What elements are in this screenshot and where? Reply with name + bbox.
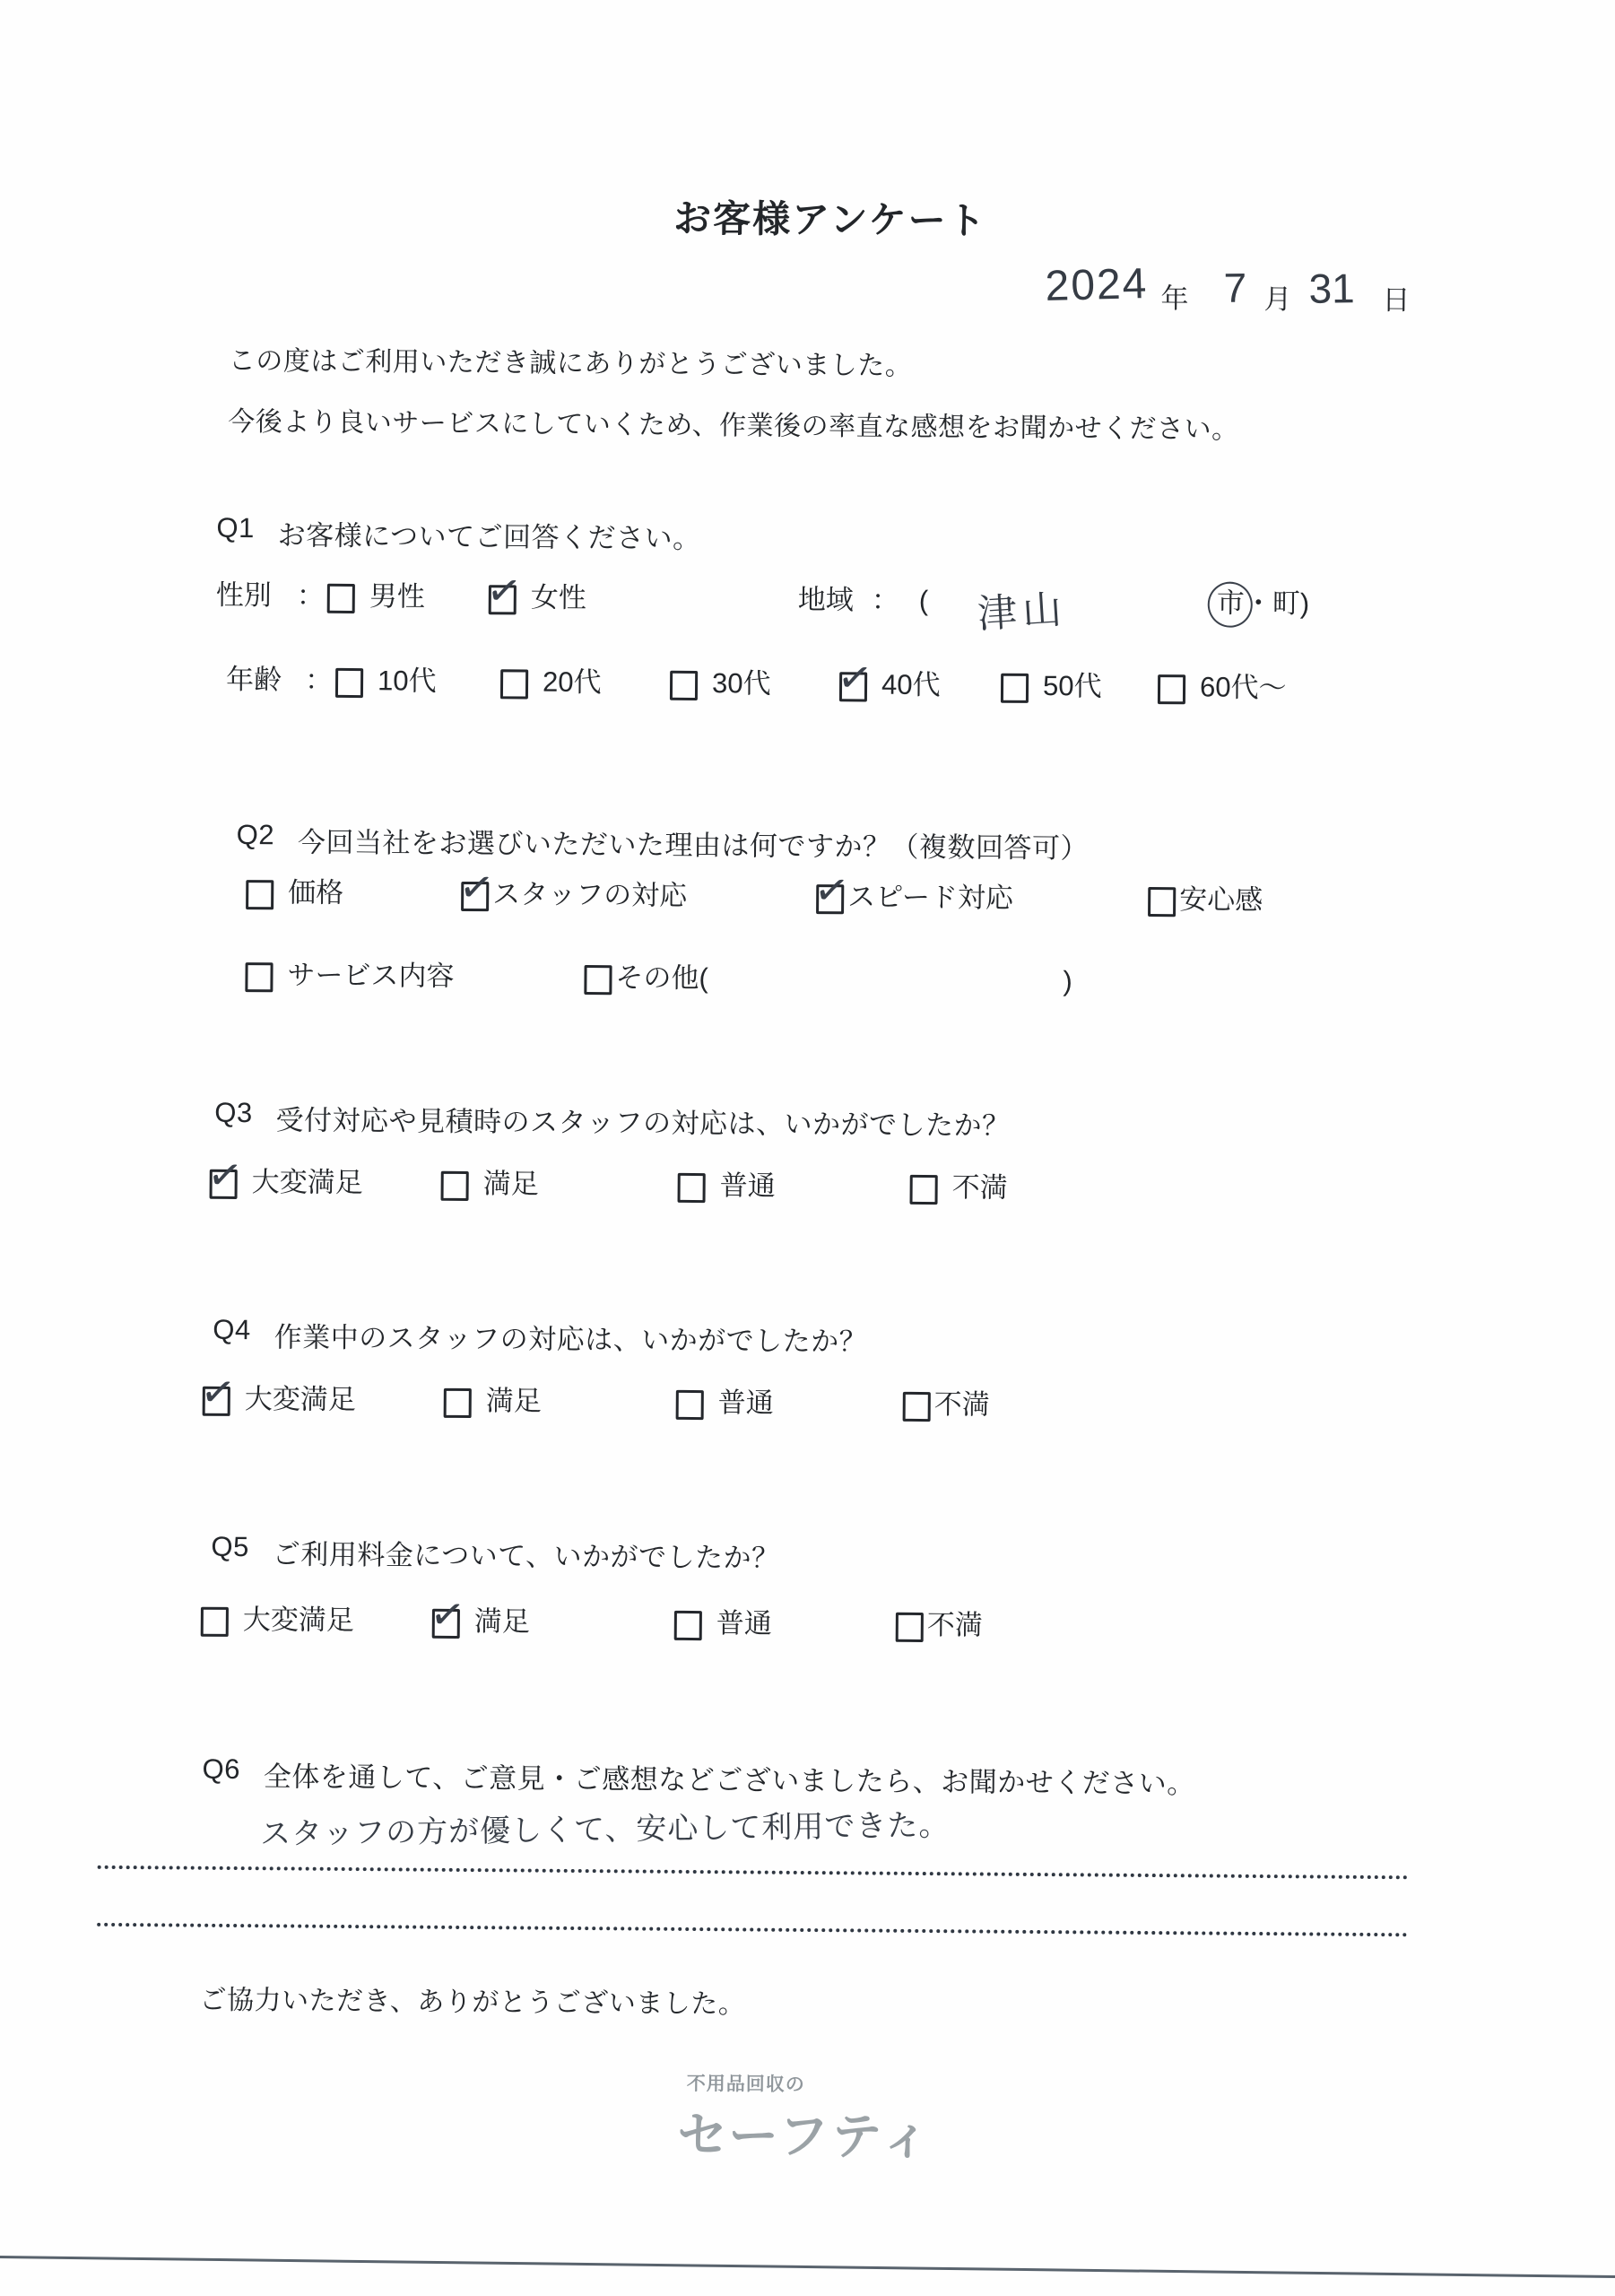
checkbox-q4-satisfied (444, 1388, 472, 1418)
q6-label: Q6 (202, 1753, 240, 1794)
q5-option-dissatisfied: 不満 (896, 1610, 983, 1643)
q3-question-row: Q3 受付対応や見積時のスタッフの対応は、いかがでしたか？ (214, 1097, 1011, 1144)
date-month-unit: 月 (1263, 276, 1291, 317)
q3-option-satisfied: 満足 (441, 1169, 539, 1202)
checkbox-price (246, 880, 274, 909)
q2-question-row: Q2 今回当社をお選びいただいた理由は何ですか？（複数回答可） (237, 819, 1090, 865)
region-colon: ： (872, 586, 899, 616)
checkbox-q4-very-satisfied (203, 1387, 230, 1416)
q4-option-satisfied: 満足 (444, 1386, 542, 1419)
age-option-50s: 50代 (1001, 671, 1102, 704)
q5-option-very-satisfied: 大変満足 (201, 1605, 354, 1638)
q5-label: Q5 (211, 1531, 249, 1571)
logo-name: セーフティ (677, 2096, 933, 2170)
q3-option-dissatisfied: 不満 (910, 1172, 1008, 1205)
checkbox-10s (335, 668, 363, 698)
scanned-survey-sheet: お客様アンケート 2024 年 7 月 31 日 この度はご利用いただき誠にあり… (0, 0, 1615, 2296)
age-option-60s: 60代〜 (1158, 672, 1287, 705)
q3-options-row: 大変満足 満足 普通 不満 (0, 1165, 1615, 1219)
date-year-unit: 年 (1160, 275, 1188, 316)
date-month-handwritten: 7 (1223, 264, 1246, 312)
region-value-handwritten: 津山 (976, 577, 1069, 639)
age-option-10s: 10代 (335, 665, 437, 699)
checkbox-30s (670, 671, 698, 700)
checkbox-q4-dissatisfied (903, 1392, 931, 1422)
q6-question-row: Q6 全体を通して、ご意見・ご感想などございましたら、お聞かせください。 (202, 1753, 1195, 1802)
company-logo: 不用品回収の セーフティ (677, 2069, 933, 2170)
checkbox-q3-dissatisfied (910, 1175, 938, 1205)
q4-question: 作業中のスタッフの対応は、いかがでしたか？ (274, 1314, 868, 1359)
intro-line-1: この度はご利用いただき誠にありがとうございました。 (229, 338, 913, 383)
q2-option-service-content: サービス内容 (245, 960, 454, 994)
age-field-label: 年齢 ： (226, 665, 333, 696)
q5-question: ご利用料金について、いかがでしたか？ (273, 1531, 780, 1575)
q5-options-row: 大変満足 満足 普通 不満 (0, 1603, 1611, 1657)
date-year-handwritten: 2024 (1045, 259, 1149, 311)
q2-other-close-paren: ) (1063, 966, 1072, 996)
q2-question: 今回当社をお選びいただいた理由は何ですか？（複数回答可） (298, 820, 1089, 866)
date-line: 2024 年 7 月 31 日 (6, 252, 1615, 322)
q3-option-very-satisfied: 大変満足 (210, 1167, 363, 1200)
q1-age-row: 年齢 ： 10代 20代 30代 40代 50代 (4, 663, 1615, 717)
q4-option-dissatisfied: 不満 (903, 1389, 990, 1422)
q2-options-row1: 価格 スタッフの対応 スピード対応 安心感 (2, 875, 1615, 929)
q2-option-price: 価格 (246, 877, 343, 910)
checkbox-q5-very-satisfied (201, 1607, 229, 1637)
region-town: 町 (1272, 588, 1300, 619)
checkbox-service-content (245, 962, 273, 992)
female-label: 女性 (531, 583, 586, 613)
q2-option-other: その他( (584, 962, 708, 996)
q5-option-satisfied: 満足 (432, 1606, 530, 1639)
checkbox-q3-very-satisfied (210, 1170, 238, 1199)
region-city-circled: 市 (1217, 588, 1245, 619)
intro-line-2: 今後より良いサービスにしていくため、作業後の率直な感想をお聞かせください。 (228, 399, 1239, 447)
date-day-unit: 日 (1382, 277, 1410, 317)
checkbox-staff-response (461, 882, 489, 911)
checkbox-q5-neutral (674, 1611, 702, 1640)
logo-tagline: 不用品回収の (687, 2069, 934, 2098)
checkbox-female (489, 585, 517, 614)
checkbox-q5-satisfied (432, 1609, 460, 1639)
checkbox-20s (500, 669, 528, 699)
q4-option-neutral: 普通 (676, 1387, 774, 1421)
gender-colon: ： (297, 581, 325, 612)
age-option-20s: 20代 (500, 666, 602, 700)
q2-options-row2: サービス内容 その他( ) (1, 958, 1615, 1012)
checkbox-50s (1001, 674, 1029, 703)
region-paren-close: ) (1300, 588, 1310, 619)
q6-answer-handwritten: スタッフの方が優しくて、安心して利用できた。 (260, 1800, 951, 1853)
checkbox-40s (839, 672, 867, 701)
q2-label: Q2 (237, 819, 275, 859)
checkbox-q3-neutral (678, 1173, 706, 1203)
answer-line-1 (98, 1865, 1409, 1879)
q6-question: 全体を通して、ご意見・ご感想などございましたら、お聞かせください。 (264, 1753, 1195, 1801)
checkbox-60s (1158, 674, 1185, 704)
checkbox-speed (816, 884, 844, 914)
gender-field-label: 性別 ： (216, 580, 325, 612)
checkbox-male (327, 584, 355, 613)
q1-label: Q1 (216, 512, 255, 552)
age-option-30s: 30代 (670, 668, 771, 701)
q4-question-row: Q4 作業中のスタッフの対応は、いかがでしたか？ (213, 1314, 867, 1360)
q4-label: Q4 (213, 1314, 251, 1354)
gender-option-male: 男性 (327, 581, 425, 614)
male-label: 男性 (369, 581, 425, 612)
region-paren-open: ( (919, 586, 929, 616)
age-option-40s: 40代 (839, 669, 941, 702)
checkbox-q5-dissatisfied (896, 1613, 924, 1642)
gender-option-female: 女性 (489, 582, 586, 615)
q3-option-neutral: 普通 (678, 1170, 776, 1204)
q4-options-row: 大変満足 満足 普通 不満 (0, 1382, 1613, 1436)
q2-option-speed: スピード対応 (816, 882, 1013, 916)
q3-question: 受付対応や見積時のスタッフの対応は、いかがでしたか？ (275, 1097, 1010, 1143)
q5-option-neutral: 普通 (674, 1608, 772, 1641)
q1-question: お客様についてご回答ください。 (278, 512, 701, 556)
q4-option-very-satisfied: 大変満足 (203, 1384, 356, 1417)
checkbox-reassurance (1148, 887, 1176, 917)
region-city-town: 市 ・ 町 ) (1217, 588, 1310, 620)
checkbox-other (584, 965, 612, 995)
survey-title: お客様アンケート (673, 189, 987, 246)
checkbox-q4-neutral (676, 1390, 704, 1420)
checkbox-q3-satisfied (441, 1171, 469, 1201)
answer-line-2 (97, 1923, 1408, 1936)
q2-option-staff-response: スタッフの対応 (461, 879, 687, 913)
scan-artifact-line (0, 2255, 1615, 2278)
q3-label: Q3 (214, 1097, 253, 1137)
age-colon: ： (305, 665, 333, 696)
q5-question-row: Q5 ご利用料金について、いかがでしたか？ (211, 1531, 779, 1576)
q1-gender-region-row: 性別 ： 男性 女性 地域 ： ( 津山 市 ・ 町 ) (4, 578, 1615, 632)
closing-message: ご協力いただき、ありがとうございました。 (199, 1978, 745, 2022)
region-field-label: 地域 ： ( (798, 585, 929, 616)
q2-option-reassurance: 安心感 (1148, 884, 1263, 918)
q1-question-row: Q1 お客様についてご回答ください。 (216, 512, 701, 556)
date-day-handwritten: 31 (1308, 264, 1355, 312)
